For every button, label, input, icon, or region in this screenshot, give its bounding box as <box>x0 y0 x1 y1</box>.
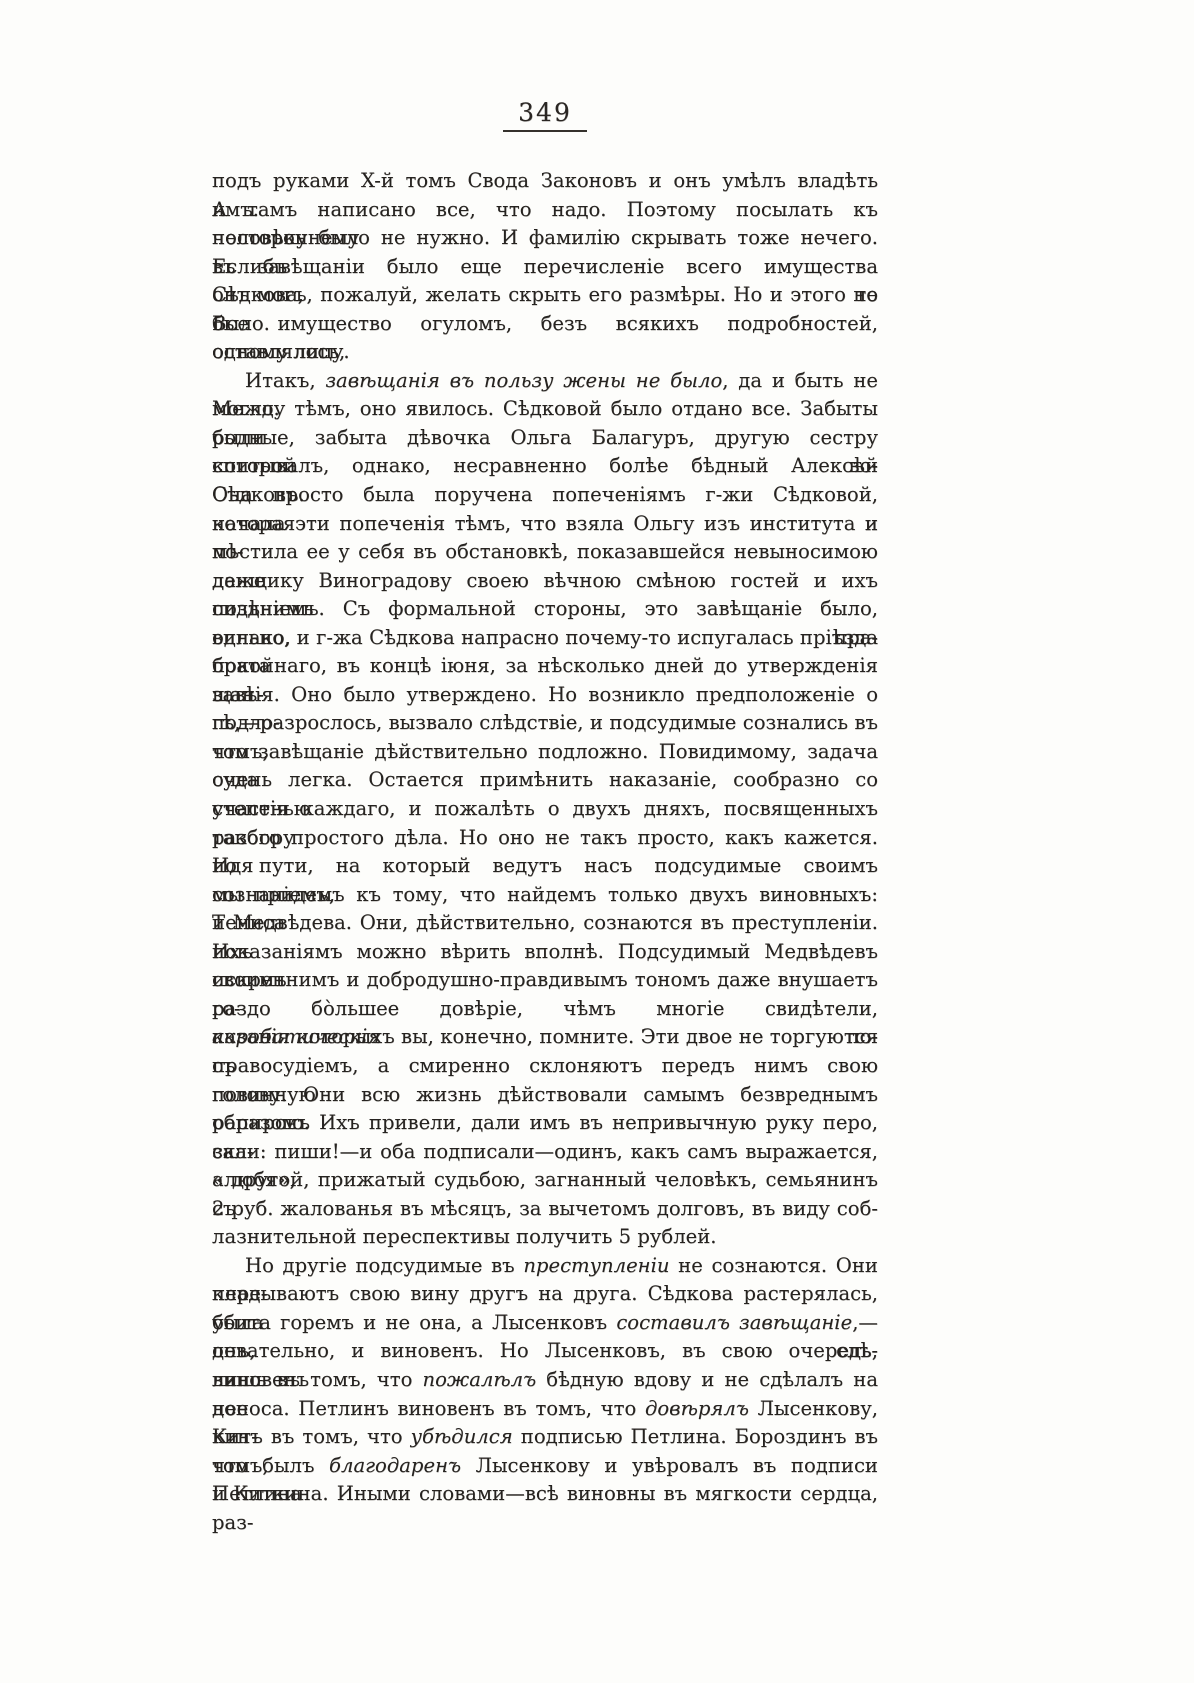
text-line: родные, забыта дѣвочка Ольга Балагуръ, д… <box>212 424 878 453</box>
page-number: 349 <box>518 98 572 127</box>
page-header: 349 <box>212 98 878 132</box>
text-line: начала эти попеченія тѣмъ, что взяла Оль… <box>212 510 878 539</box>
text-line: щанія. Оно было утверждено. Но возникло … <box>212 681 878 710</box>
text-line: и Медвѣдева. Они, дѣйствительно, сознают… <box>212 909 878 938</box>
text-line: денщику Виноградову своею вѣчною смѣною … <box>212 567 878 596</box>
text-line: и Киткина. Иными словами—всѣ виновны въ … <box>212 1480 878 1509</box>
body-text: и Киткина. Иными словами—всѣ виновны въ … <box>212 1482 878 1534</box>
text-line: что завѣщаніе дѣйствительно подложно. По… <box>212 738 878 767</box>
page-number-rule <box>503 130 587 132</box>
italic-text: завѣщанія въ пользу жены не было <box>325 369 722 392</box>
text-line: А тамъ написано все, что надо. Поэтому п… <box>212 196 878 225</box>
text-line: показаніямъ можно вѣрить вполнѣ. Подсуди… <box>212 938 878 967</box>
text-line: 2 руб. жалованья въ мѣсяцъ, за вычетомъ … <box>212 1195 878 1224</box>
body-text: что былъ <box>212 1454 329 1477</box>
body-text: Итакъ, <box>245 369 325 392</box>
text-line: очень легка. Остается примѣнить наказані… <box>212 766 878 795</box>
text-line: искреннимъ и добродушно-правдивымъ тоном… <box>212 966 878 995</box>
italic-text: составилъ завѣщаніе <box>616 1311 852 1334</box>
italic-text: убѣдился <box>411 1425 513 1448</box>
text-line: казанія которыхъ вы, конечно, помните. Э… <box>212 1023 878 1052</box>
text-line: участія каждаго, и пожалѣть о двухъ днях… <box>212 795 878 824</box>
text-line: сидѣніемъ. Съ формальной стороны, это за… <box>212 595 878 624</box>
body-text: одному лицу. <box>212 340 350 363</box>
paragraph: Но другіе подсудимые въ преступленіи не … <box>212 1252 878 1509</box>
text-line: кладываютъ свою вину другъ на друга. Сѣд… <box>212 1280 878 1309</box>
book-page: 349 подъ руками X-й томъ Свода Законовъ … <box>0 0 1194 1683</box>
italic-text: преступленіи <box>523 1254 669 1277</box>
text-line: одному лицу. <box>212 338 878 367</box>
body-text: раздо бо̀льшее довѣріе, чѣмъ многіе свид… <box>212 997 878 1020</box>
text-line: голову. Они всю жизнь дѣйствовали самымъ… <box>212 1081 878 1110</box>
paragraph: подъ руками X-й томъ Свода Законовъ и он… <box>212 167 878 367</box>
text-line: правосудіемъ, а смиренно склоняютъ перед… <box>212 1052 878 1081</box>
text-line: Все имущество огуломъ, безъ всякихъ подр… <box>212 310 878 339</box>
body-text: доноса. Петлинъ виновенъ въ томъ, что <box>212 1397 645 1420</box>
text-line: спитывалъ, однако, несравненно болѣе бѣд… <box>212 452 878 481</box>
text-line: лазнительной переспективы получить 5 руб… <box>212 1223 878 1252</box>
italic-text: благодаренъ <box>329 1454 461 1477</box>
text-line: доноса. Петлинъ виновенъ въ томъ, что до… <box>212 1395 878 1424</box>
text-line: лишь въ томъ, что пожалѣлъ бѣдную вдову … <box>212 1366 878 1395</box>
text-line: онъ могъ, пожалуй, желать скрыть его раз… <box>212 281 878 310</box>
body-text: убита горемъ и не она, а Лысенковъ <box>212 1311 616 1334</box>
text-line: а другой, прижатый судьбою, загнанный че… <box>212 1166 878 1195</box>
text-line: гѣ,—разрослось, вызвало слѣдствіе, и под… <box>212 709 878 738</box>
body-text: лазнительной переспективы получить 5 руб… <box>212 1225 717 1248</box>
text-line: въ завѣщаніи было еще перечисленіе всего… <box>212 253 878 282</box>
italic-text: довѣрялъ <box>645 1397 749 1420</box>
text-line: Итакъ, завѣщанія въ пользу жены не было,… <box>212 367 878 396</box>
text-line: мѣстила ее у себя въ обстановкѣ, показав… <box>212 538 878 567</box>
text-line: Но другіе подсудимые въ преступленіи не … <box>212 1252 878 1281</box>
text-line: вильно, и г-жа Сѣдкова напрасно почему-т… <box>212 624 878 653</box>
text-line: мы придемъ къ тому, что найдемъ только д… <box>212 881 878 910</box>
text-line: по пути, на который ведутъ насъ подсудим… <box>212 852 878 881</box>
body-text: Но другіе подсудимые въ <box>245 1254 523 1277</box>
text-line: Между тѣмъ, оно явилось. Сѣдковой было о… <box>212 395 878 424</box>
text-line: такого простого дѣла. Но оно не такъ про… <box>212 824 878 853</box>
body-text: 2 руб. жалованья въ мѣсяцъ, за вычетомъ … <box>212 1197 878 1220</box>
text-line: человѣку было не нужно. И фамилію скрыва… <box>212 224 878 253</box>
text-block: подъ руками X-й томъ Свода Законовъ и он… <box>212 167 878 1509</box>
text-line: подъ руками X-й томъ Свода Законовъ и он… <box>212 167 878 196</box>
text-line: зали: пиши!—и оба подписали—одинъ, какъ … <box>212 1138 878 1167</box>
text-line: довательно, и виновенъ. Но Лысенковъ, въ… <box>212 1337 878 1366</box>
paragraph: Итакъ, завѣщанія въ пользу жены не было,… <box>212 367 878 1252</box>
body-text: лишь въ томъ, что <box>212 1368 423 1391</box>
italic-text: пожалѣлъ <box>423 1368 537 1391</box>
text-line: Она просто была поручена попеченіямъ г-ж… <box>212 481 878 510</box>
text-line: убита горемъ и не она, а Лысенковъ соста… <box>212 1309 878 1338</box>
text-line: что былъ благодаренъ Лысенкову и увѣрова… <box>212 1452 878 1481</box>
text-line: раздо бо̀льшее довѣріе, чѣмъ многіе свид… <box>212 995 878 1024</box>
text-line: кинъ въ томъ, что убѣдился подписью Петл… <box>212 1423 878 1452</box>
text-line: покойнаго, въ концѣ іюня, за нѣсколько д… <box>212 652 878 681</box>
text-line: рапирою. Ихъ привели, дали имъ въ неприв… <box>212 1109 878 1138</box>
body-text: кинъ въ томъ, что <box>212 1425 411 1448</box>
